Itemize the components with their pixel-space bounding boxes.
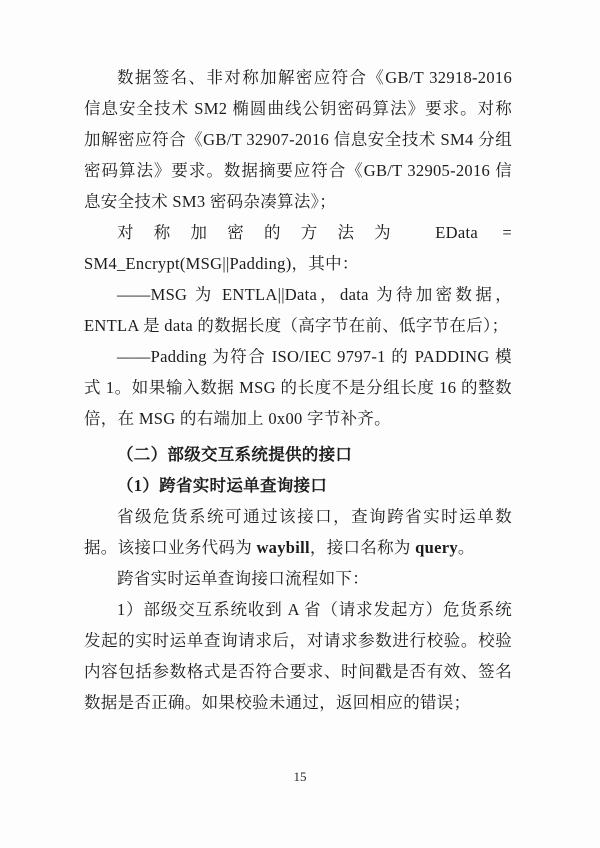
page-number: 15 (0, 768, 600, 786)
paragraph-crypto-standards: 数据签名、非对称加解密应符合《GB/T 32918-2016 信息安全技术 SM… (84, 62, 512, 217)
document-page: 数据签名、非对称加解密应符合《GB/T 32918-2016 信息安全技术 SM… (0, 0, 600, 848)
section-heading-ministry-interfaces: （二）部级交互系统提供的接口 (84, 439, 512, 470)
paragraph-interface-description: 省级危货系统可通过该接口，查询跨省实时运单数据。该接口业务代码为 waybill… (84, 501, 512, 563)
paragraph-flow-step-1: 1）部级交互系统收到 A 省（请求发起方）危货系统发起的实时运单查询请求后，对请… (84, 594, 512, 718)
subsection-heading-waybill-query-interface: （1）跨省实时运单查询接口 (84, 470, 512, 501)
interface-business-code: waybill (256, 538, 309, 557)
paragraph-flow-intro: 跨省实时运单查询接口流程如下： (84, 563, 512, 594)
interface-name: query (415, 538, 458, 557)
paragraph-padding-definition: ——Padding 为符合 ISO/IEC 9797-1 的 PADDING 模… (84, 341, 512, 434)
paragraph-msg-definition: ——MSG 为 ENTLA||Data，data 为待加密数据，ENTLA 是 … (84, 279, 512, 341)
paragraph-symmetric-encryption-formula: 对称加密的方法为 EData = SM4_Encrypt(MSG||Paddin… (84, 217, 512, 279)
interface-description-text: ，接口名称为 (310, 538, 415, 557)
document-content: 数据签名、非对称加解密应符合《GB/T 32918-2016 信息安全技术 SM… (84, 62, 512, 718)
interface-description-text: 。 (458, 538, 475, 557)
